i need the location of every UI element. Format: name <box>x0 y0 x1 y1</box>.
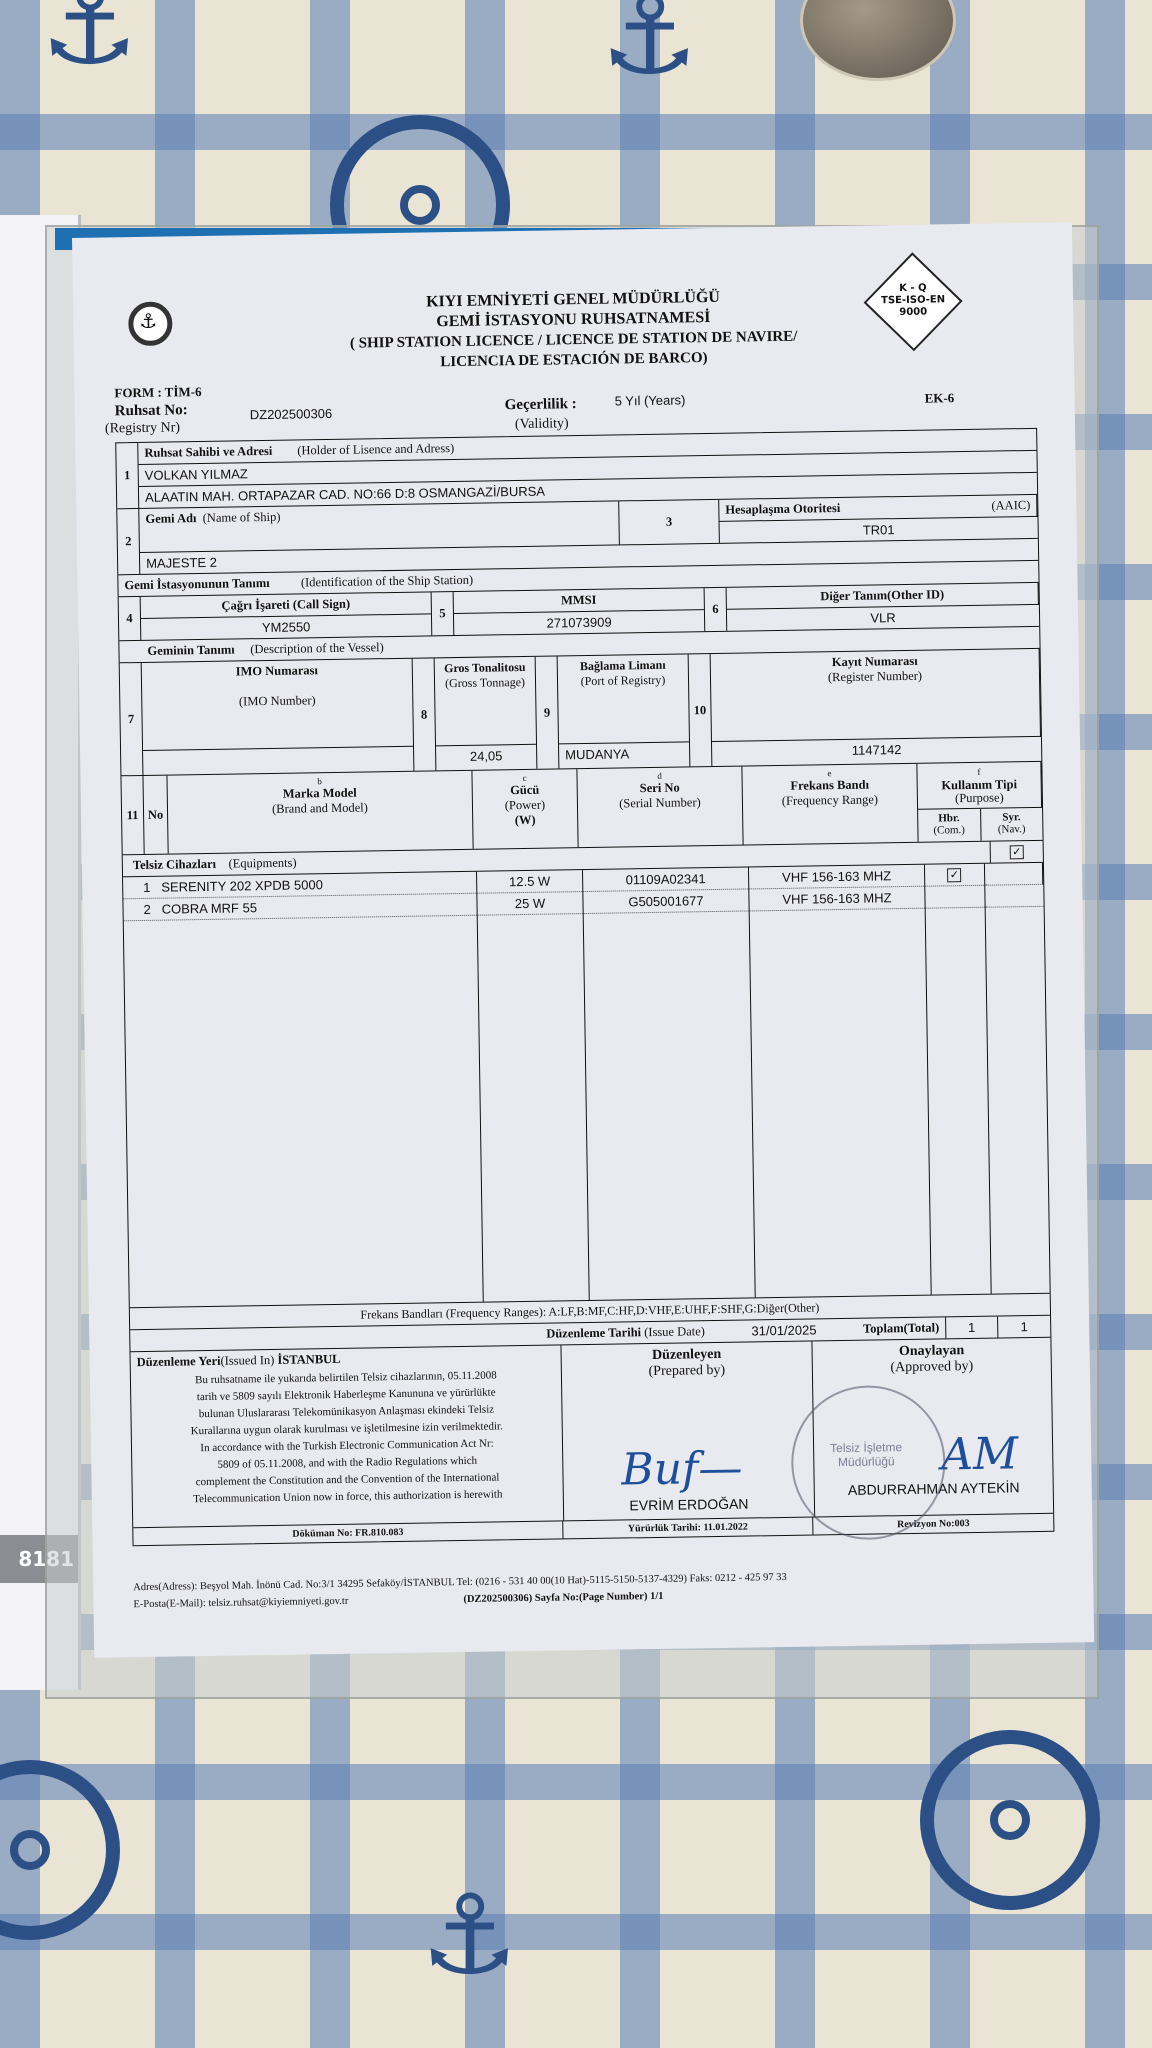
annex-code: EK-6 <box>925 390 955 406</box>
effective-date: Yürürlük Tarihi: 11.01.2022 <box>563 1518 813 1539</box>
licence-document: KIYI EMNİYETİ GENEL MÜDÜRLÜĞÜ GEMİ İSTAS… <box>72 222 1094 1658</box>
nav-header-checkbox[interactable]: ✓ <box>1010 845 1024 859</box>
ship-wheel-decoration <box>920 1730 1100 1910</box>
registry-label: Ruhsat No: <box>115 402 188 420</box>
equipment-row-2-power: 25 W <box>477 892 582 916</box>
prepared-by-name: EVRİM ERDOĞAN <box>564 1495 814 1515</box>
ship-wheel-decoration <box>0 1760 120 1940</box>
equipment-header: 11 No bMarka Model(Brand and Model) cGüc… <box>121 762 1042 855</box>
certification-badge-text: K - Q TSE-ISO-EN 9000 <box>865 282 962 320</box>
validity-value: 5 Yıl (Years) <box>615 392 686 408</box>
registry-number: DZ202500306 <box>250 406 333 422</box>
accounting-label: Hesaplaşma Otoritesi <box>725 501 840 518</box>
equipment-row-1-serial: 01109A02341 <box>583 867 748 892</box>
equipment-row-2-freq: VHF 156-163 MHZ <box>749 887 924 912</box>
anchor-decoration: ⚓ <box>420 1880 519 1990</box>
row-1-com-checkbox[interactable]: ✓ <box>947 868 961 882</box>
total-label: Toplam(Total) <box>863 1321 939 1337</box>
registry-label-en: (Registry Nr) <box>105 420 180 437</box>
gross-tonnage-value: 24,05 <box>436 745 536 771</box>
total-nav: 1 <box>998 1316 1050 1338</box>
prepared-signature: Buf— <box>621 1443 743 1496</box>
port-of-registry-value: MUDANYA <box>559 742 689 768</box>
form-code: FORM : TİM-6 <box>114 384 201 401</box>
anchor-decoration: ⚓ <box>600 0 699 90</box>
issue-place: İSTANBUL <box>277 1352 340 1367</box>
imo-value <box>143 747 413 775</box>
mmsi-value: 271073909 <box>454 610 704 635</box>
vessel-section: 7 IMO Numarası(IMO Number) 8 Gros Tonali… <box>120 649 1042 776</box>
validity-label: Geçerlilik : <box>505 396 577 414</box>
equipment-row-1-power: 12.5 W <box>477 870 582 894</box>
equipment-row-2-brand: 2 COBRA MRF 55 <box>123 894 476 922</box>
equipment-row-1-freq: VHF 156-163 MHZ <box>749 865 924 890</box>
licence-table: 1 Ruhsat Sahibi ve Adresi (Holder of Lis… <box>115 428 1054 1546</box>
issue-date: 31/01/2025 <box>751 1322 816 1338</box>
equipment-row-2-serial: G505001677 <box>583 889 748 914</box>
legal-text: Bu ruhsatname ile yukarıda belirtilen Te… <box>131 1366 563 1509</box>
anchor-decoration: ⚓ <box>40 0 139 80</box>
stamp-text: Telsiz İşletmeMüdürlüğü <box>816 1440 916 1470</box>
equipment-list: 1 SERENITY 202 XPDB 5000 2 COBRA MRF 55 … <box>123 863 1050 1308</box>
holder-label: Ruhsat Sahibi ve Adresi <box>144 444 272 460</box>
approved-signature: AM <box>941 1428 1019 1480</box>
validity-label-en: (Validity) <box>515 416 569 433</box>
total-com: 1 <box>946 1317 998 1339</box>
coin <box>800 0 956 81</box>
page-number: (DZ202500306) Sayfa No:(Page Number) 1/1 <box>463 1591 663 1605</box>
footer-email: E-Posta(E-Mail): telsiz.ruhsat@kiyiemniy… <box>133 1594 463 1610</box>
